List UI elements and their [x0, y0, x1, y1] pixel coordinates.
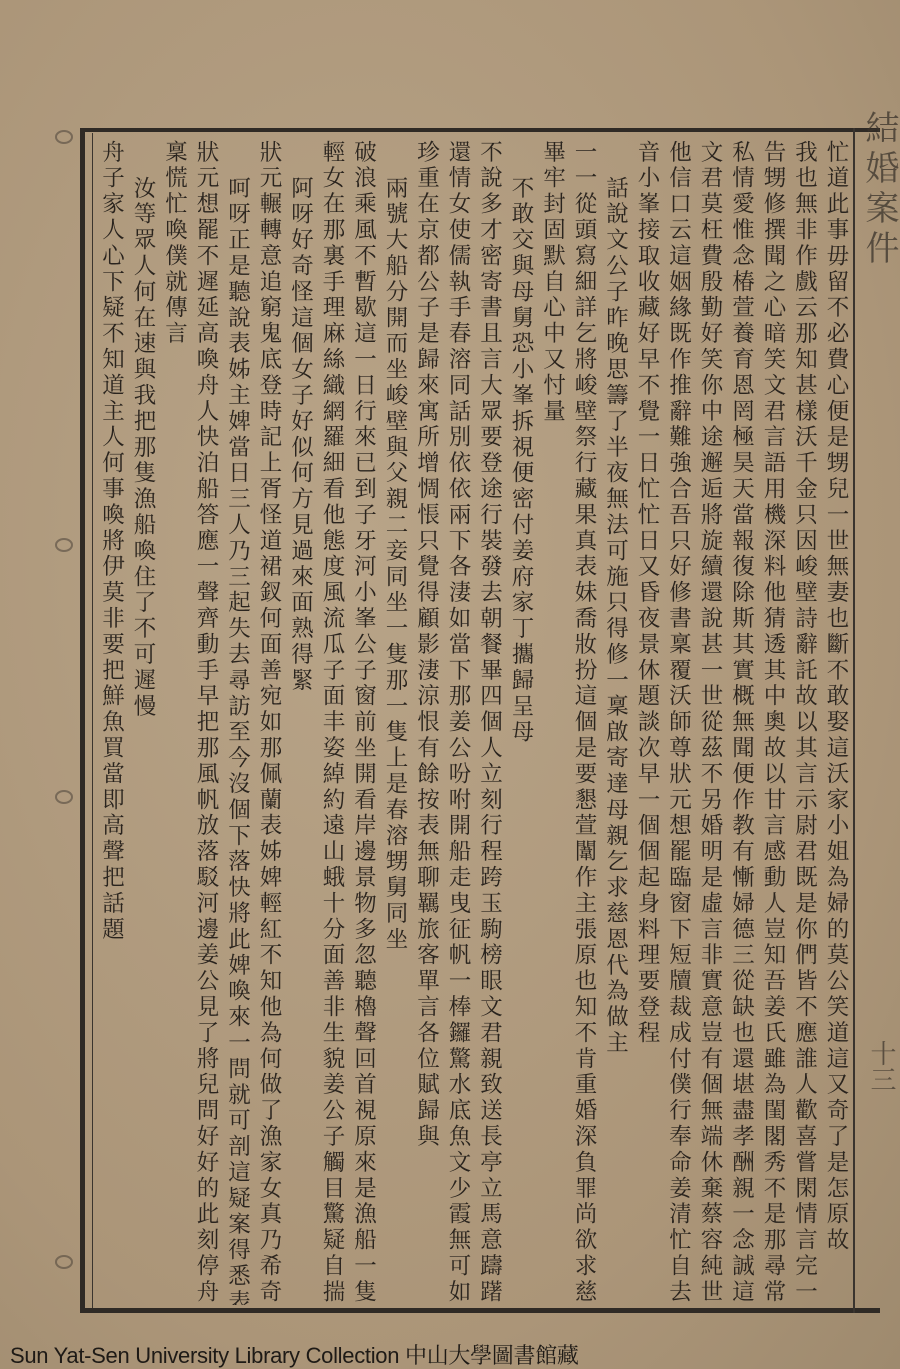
text-column: 音小峯接取收藏好早不覺一日忙忙日又昏夜景休題談次早一個個起身料理要登程	[631, 140, 663, 1305]
text-column: 呵呀正是聽說表姊主婢當日三人乃三起失去尋訪至今沒個下落快將此婢喚來一問就可剖這疑…	[221, 140, 253, 1305]
block-title: 結婚案件	[858, 110, 900, 630]
text-column: 汝等眾人何在速與我把那隻漁船喚住了不可遲慢	[127, 140, 159, 1305]
text-column: 話說文公子昨晚思籌了半夜無法可施只得修一稟啟寄達母親乞求慈恩代為做主	[599, 140, 631, 1305]
binding-hole-icon	[55, 1255, 73, 1269]
text-column: 私情愛惟念椿萱養育恩罔極昊天當報復除斯其實概無聞便作教有慚婦德三從缺也還堪盡孝酬…	[725, 140, 757, 1305]
binding-hole-icon	[55, 130, 73, 144]
inner-border-line	[92, 133, 93, 1308]
text-column: 稟慌忙喚僕就傳言	[158, 140, 190, 1305]
text-column: 兩號大船分開而坐峻壁與父親二妾同坐一隻那一隻上是春溶甥舅同坐	[379, 140, 411, 1305]
text-column: 舟子家人心下疑不知道主人何事喚將伊莫非要把鮮魚買當即高聲把話題	[96, 140, 127, 1305]
library-watermark: Sun Yat-Sen University Library Collectio…	[10, 1339, 579, 1369]
page-number: 十三	[862, 1040, 900, 1100]
text-column: 不敢交與母舅恐小峯拆視便密付姜府家丁攜歸呈母	[505, 140, 537, 1305]
vertical-text-body: 忙道此事毋留不必費心便是甥兒一世無妻也斷不敢娶這沃家小姐為婦的莫公笑道這又奇了是…	[96, 140, 851, 1305]
text-column: 我也無非作戲云那知甚樣沃千金只因峻壁詩辭託故以其言示尉君既是你們皆不應誰人歡喜嘗…	[788, 140, 820, 1305]
text-column: 珍重在京都公子是歸來寓所增惆悵只覺得顧影淒涼恨有餘按表無聊羈旅客單言各位賦歸與	[410, 140, 442, 1305]
text-column: 忙道此事毋留不必費心便是甥兒一世無妻也斷不敢娶這沃家小姐為婦的莫公笑道這又奇了是…	[820, 140, 852, 1305]
text-column: 狀元想罷不遲延高喚舟人快泊船答應一聲齊動手早把那風帆放落駁河邊姜公見了將兒問好好…	[190, 140, 222, 1305]
margin-divider	[853, 128, 855, 1313]
text-column: 狀元輾轉意追窮鬼底登時記上胥怪道裙釵何面善宛如那佩蘭表姊婢輕紅不知他為何做了漁家…	[253, 140, 285, 1305]
text-column: 一一從頭寫細詳乞將峻壁祭行藏果真表妹喬妝扮這個是要懇萱闈作主張原也知不肯重婚深負…	[568, 140, 600, 1305]
text-column: 畢牢封固默自心中又忖量	[536, 140, 568, 1305]
text-column: 文君莫枉費殷勤好笑你中途邂逅將旋續還說甚一世從茲不另婚明是虛言非實意豈有個無端休…	[694, 140, 726, 1305]
text-column: 破浪乘風不暫歇這一日行來已到子牙河小峯公子窗前坐開看岸邊景物多忽聽櫓聲回首視原來…	[347, 140, 379, 1305]
text-column: 輕女在那裏手理麻絲織網羅細看他態度風流瓜子面丰姿綽約遠山蛾十分面善非生貌姜公子觸…	[316, 140, 348, 1305]
text-column: 還情女使儒執手春溶同話別依依兩下各淒如當下那姜公吩咐開船走曳征帆一棒鑼驚水底魚文…	[442, 140, 474, 1305]
text-column: 不說多才密寄書且言大眾要登途行裝發去朝餐畢四個人立刻行程跨玉駒榜眼文君親致送長亭…	[473, 140, 505, 1305]
text-column: 他信口云這姻緣既作推辭難強合吾只好修書稟覆沃師尊狀元想罷臨窗下短牘裁成付僕行奉命…	[662, 140, 694, 1305]
text-column: 告甥修撰聞之心暗笑文君言語用機深料他猜透其中奧故以甘言感動人豈知吾姜氏雖為閨閣秀…	[757, 140, 789, 1305]
text-column: 阿呀好奇怪這個女子好似何方見過來面熟得緊	[284, 140, 316, 1305]
binding-hole-icon	[55, 790, 73, 804]
binding-hole-icon	[55, 538, 73, 552]
